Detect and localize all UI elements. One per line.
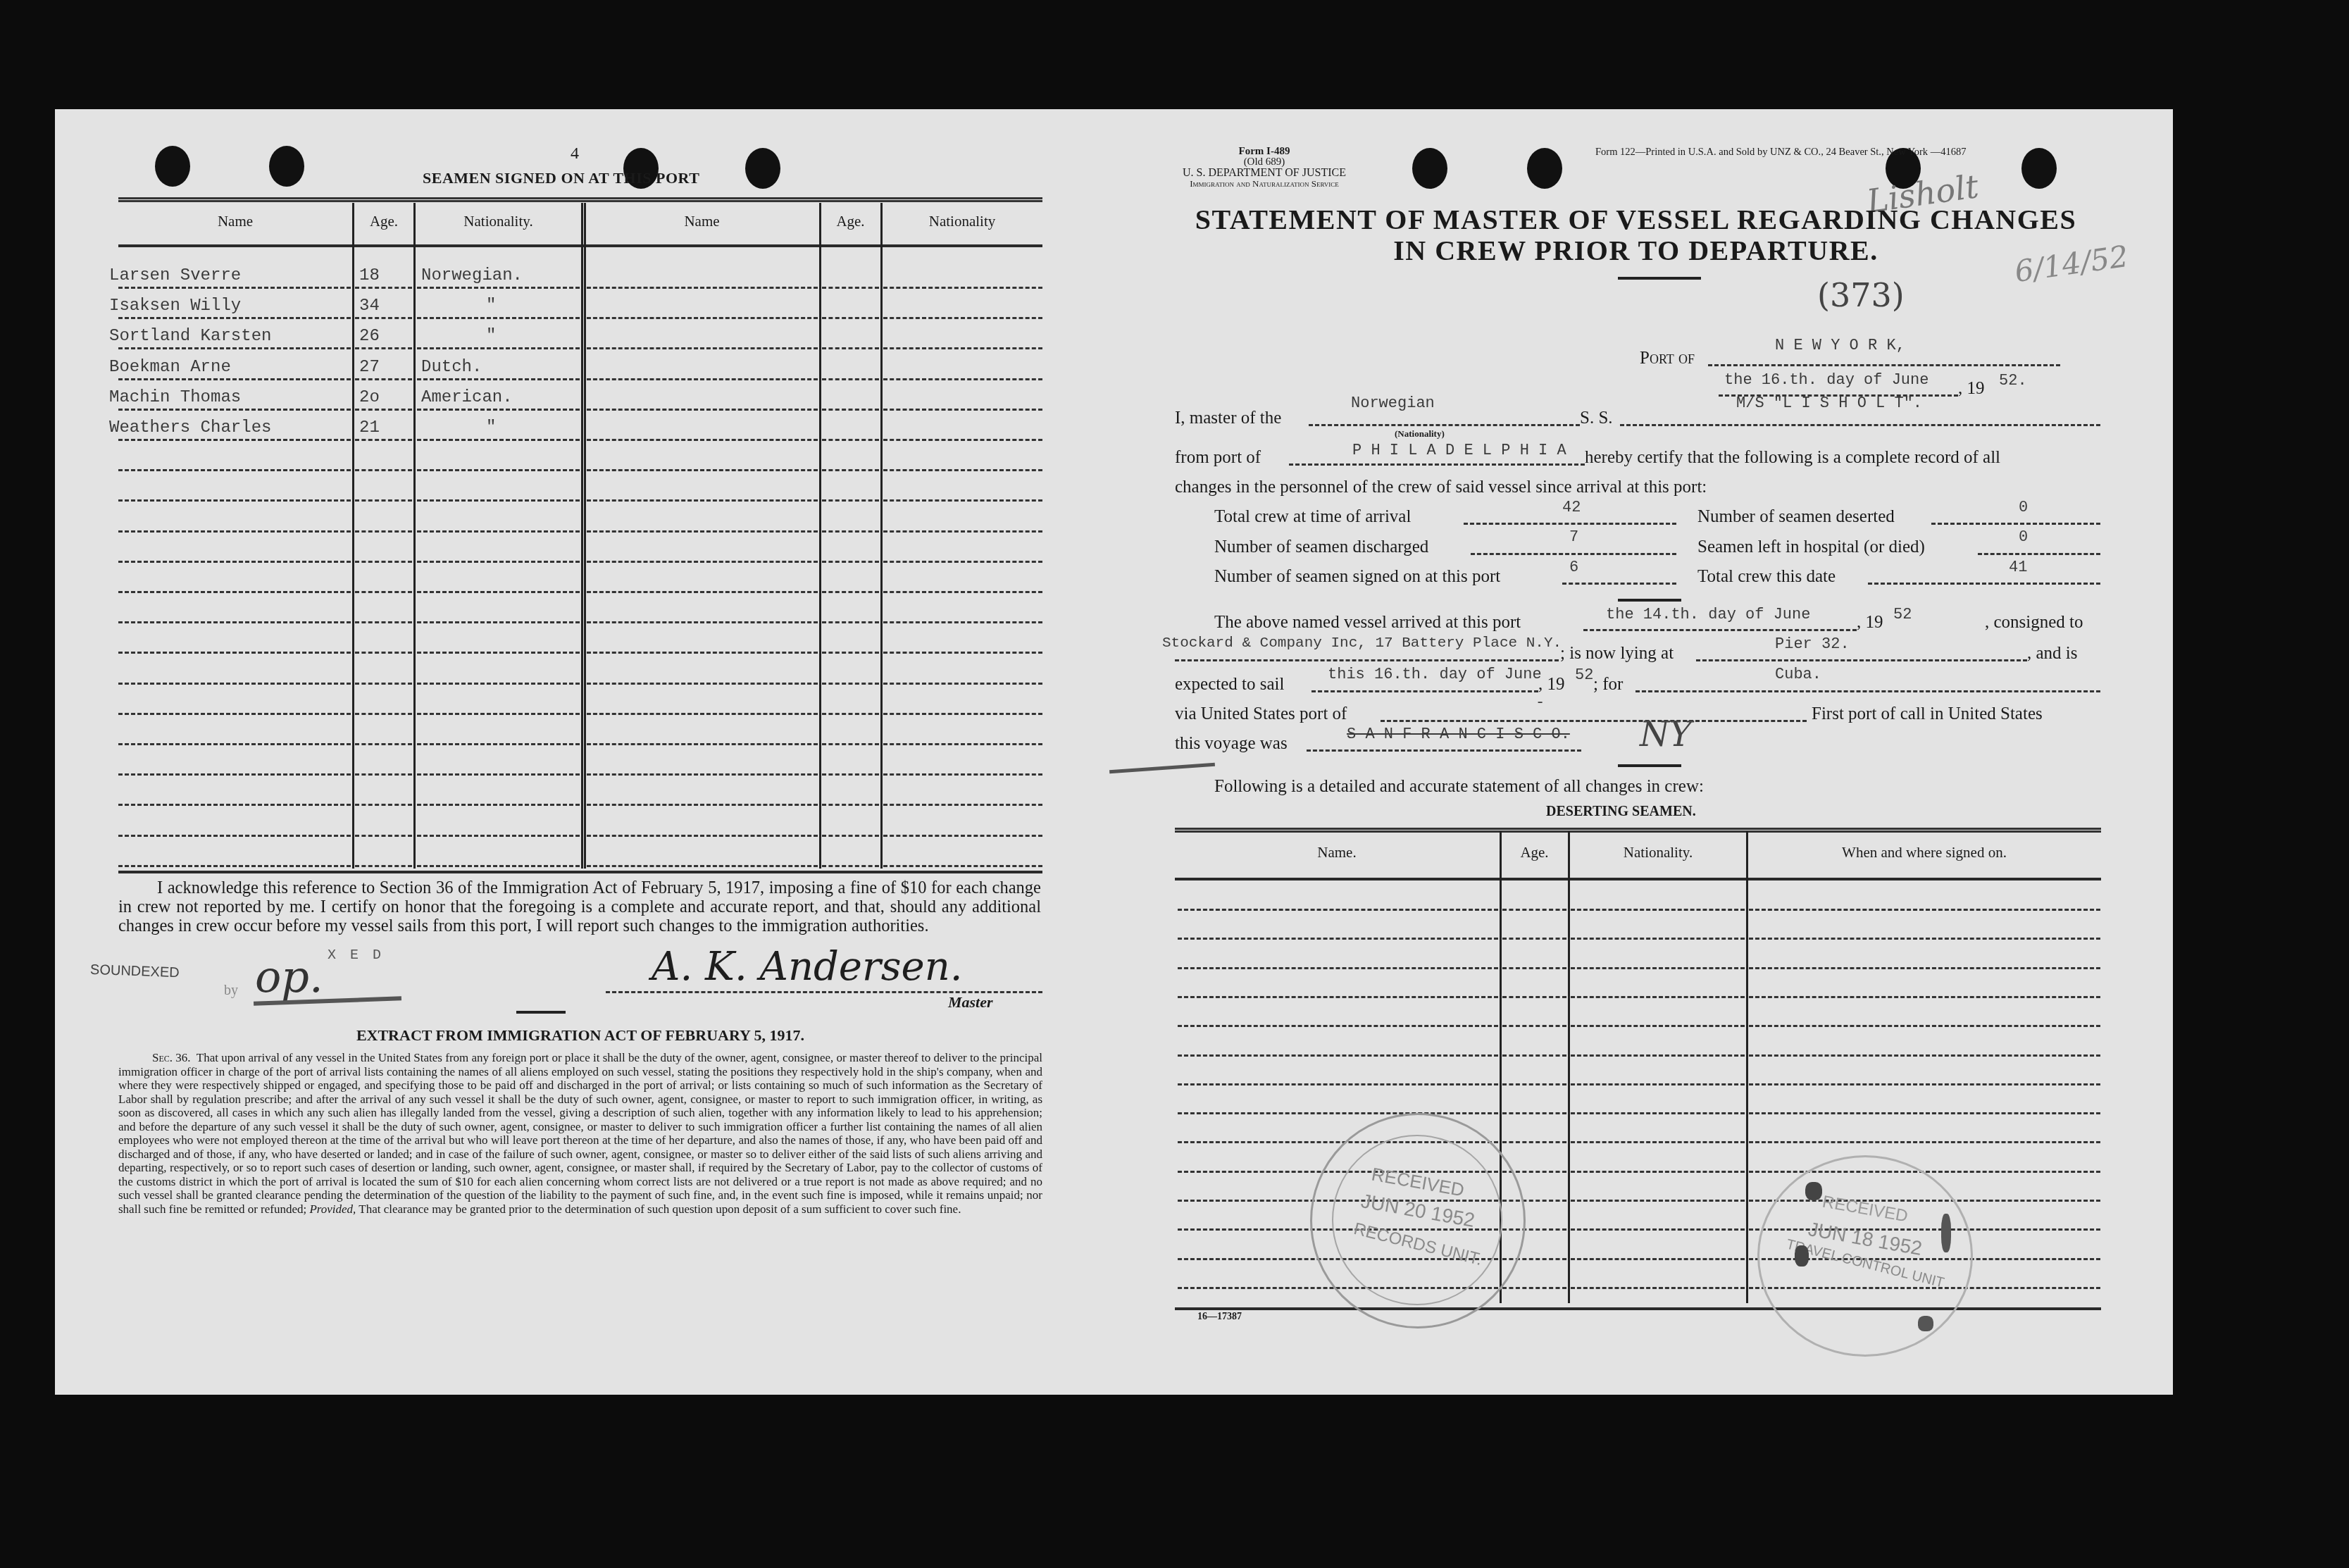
received-stamp-travel-control: RECEIVED JUN 18 1952 TRAVEL CONTROL UNIT	[1757, 1155, 1973, 1357]
row-line	[822, 439, 879, 441]
port-value: N E W Y O R K,	[1775, 337, 1905, 354]
row-line	[587, 469, 818, 471]
row-line	[587, 409, 818, 411]
row-line	[1571, 1083, 1745, 1085]
row-line	[1571, 1171, 1745, 1173]
row-line	[883, 591, 1042, 593]
row-line	[883, 713, 1042, 715]
nationality-caption: (Nationality)	[1395, 428, 1445, 440]
stat-label-discharged: Number of seamen discharged	[1214, 537, 1428, 557]
row-line	[417, 683, 580, 685]
row-line	[1571, 967, 1745, 969]
row-line	[587, 347, 818, 349]
row-line	[417, 439, 580, 441]
row-line	[1749, 938, 2100, 940]
row-line	[1502, 909, 1566, 911]
row-line	[355, 469, 412, 471]
stat-line	[1464, 523, 1676, 525]
indexer-initials: op.	[255, 951, 323, 1002]
row-line	[883, 439, 1042, 441]
stat-line	[1562, 583, 1676, 585]
row-line	[1502, 1054, 1566, 1057]
via-line	[1381, 720, 1807, 722]
row-line	[417, 561, 580, 563]
for-label: ; for	[1593, 675, 1623, 695]
row-line	[822, 287, 879, 289]
sail-year: 52	[1575, 666, 1593, 684]
row-line	[883, 378, 1042, 380]
year-prefix: , 19	[1958, 379, 1985, 399]
row-line	[118, 317, 351, 319]
row-line	[1571, 938, 1745, 940]
row-line	[1571, 1141, 1745, 1143]
lying-label: ; is now lying at	[1560, 644, 1674, 664]
row-line	[1178, 967, 1498, 969]
row-line	[118, 469, 351, 471]
row-line	[355, 378, 412, 380]
row-line	[1749, 996, 2100, 998]
row-line	[1571, 1054, 1745, 1057]
from-port-line	[1289, 463, 1585, 466]
row-line	[1178, 1054, 1498, 1057]
deserting-title: DESERTING SEAMEN.	[1546, 804, 1696, 820]
row-line	[1571, 996, 1745, 998]
row-line	[822, 773, 879, 776]
stat-label-total-date: Total crew this date	[1697, 567, 1836, 587]
row-line	[1749, 1112, 2100, 1114]
row-line	[1178, 1083, 1498, 1085]
stat-label-hospital: Seamen left in hospital (or died)	[1697, 537, 1925, 557]
header-bottom-rule	[118, 244, 1042, 247]
section-title: SEAMEN SIGNED ON AT THIS PORT	[423, 169, 699, 187]
row-line	[883, 804, 1042, 806]
voyage-value: S A N F R A N C I S C O.	[1347, 726, 1570, 743]
arrived-value: the 14.th. day of June	[1606, 606, 1810, 623]
row-line	[417, 804, 580, 806]
extract-title: EXTRACT FROM IMMIGRATION ACT OF FEBRUARY…	[118, 1026, 1042, 1045]
row-line	[355, 621, 412, 623]
cell-name: Isaksen Willy	[109, 297, 241, 316]
cell-age: 2o	[359, 388, 380, 407]
master-signature: A. K. Andersen.	[652, 944, 963, 990]
punch-hole	[155, 146, 190, 187]
cell-age: 34	[359, 297, 380, 316]
column-divider	[1746, 831, 1748, 1303]
row-line	[355, 652, 412, 654]
row-line	[355, 835, 412, 837]
row-line	[587, 439, 818, 441]
row-line	[883, 561, 1042, 563]
lying-value: Pier 32.	[1775, 635, 1850, 653]
stat-label-signed-on: Number of seamen signed on at this port	[1214, 567, 1500, 587]
row-line	[883, 621, 1042, 623]
row-line	[118, 804, 351, 806]
row-line	[883, 773, 1042, 776]
cell-name: Sortland Karsten	[109, 327, 271, 346]
sail-label: expected to sail	[1175, 675, 1285, 695]
sail-year-prefix: , 19	[1538, 675, 1565, 695]
row-line	[883, 287, 1042, 289]
first-port-label: First port of call in United States	[1812, 704, 2043, 724]
stat-line	[1978, 553, 2100, 555]
row-line	[118, 499, 351, 502]
row-line	[118, 378, 351, 380]
row-line	[587, 287, 818, 289]
row-line	[822, 621, 879, 623]
row-line	[417, 469, 580, 471]
row-line	[822, 378, 879, 380]
stat-value-hospital: 0	[2019, 528, 2028, 546]
row-line	[118, 561, 351, 563]
row-line	[883, 469, 1042, 471]
header-bottom-rule	[1175, 878, 2101, 881]
deserting-bottom-rule	[1175, 1307, 2101, 1310]
voyage-correction: NY	[1640, 715, 1692, 754]
row-line	[1749, 1083, 2100, 1085]
col-header-nationality-2: Nationality	[882, 213, 1042, 230]
row-line	[355, 773, 412, 776]
row-line	[1502, 1112, 1566, 1114]
voyage-line	[1307, 749, 1581, 752]
row-line	[355, 683, 412, 685]
row-line	[883, 499, 1042, 502]
column-divider	[413, 203, 416, 869]
row-line	[822, 683, 879, 685]
short-rule	[1618, 764, 1681, 767]
row-line	[1502, 1141, 1566, 1143]
row-line	[883, 409, 1042, 411]
row-line	[118, 652, 351, 654]
row-line	[1749, 909, 2100, 911]
row-line	[1571, 1200, 1745, 1202]
row-line	[417, 287, 580, 289]
row-line	[1502, 1287, 1566, 1289]
row-line	[118, 439, 351, 441]
row-line	[417, 378, 580, 380]
row-line	[883, 865, 1042, 867]
row-line	[118, 773, 351, 776]
row-line	[1749, 967, 2100, 969]
row-line	[587, 621, 818, 623]
col-header-when-where: When and where signed on.	[1748, 844, 2100, 861]
date-value: the 16.th. day of June	[1724, 371, 1929, 389]
punch-hole	[1412, 148, 1447, 189]
row-line	[355, 499, 412, 502]
for-line	[1635, 690, 2100, 692]
short-rule	[1618, 599, 1681, 602]
row-line	[417, 499, 580, 502]
column-divider	[584, 203, 586, 869]
row-line	[355, 409, 412, 411]
row-line	[883, 743, 1042, 745]
row-line	[417, 621, 580, 623]
row-line	[587, 865, 818, 867]
printer-line: Form 122—Printed in U.S.A. and Sold by U…	[1595, 147, 1966, 158]
consigned-label: , consigned to	[1985, 613, 2083, 633]
voyage-label: this voyage was	[1175, 734, 1288, 754]
following-text: Following is a detailed and accurate sta…	[1214, 777, 1704, 797]
row-line	[355, 743, 412, 745]
column-divider	[1568, 831, 1570, 1303]
table-bottom-rule	[118, 871, 1042, 873]
received-stamp-records-unit: RECEIVED JUN 20 1952 RECORDS UNIT.	[1310, 1113, 1526, 1329]
form-number: Form I-489 (Old 689) U. S. DEPARTMENT OF…	[1169, 147, 1359, 189]
row-line	[417, 773, 580, 776]
row-line	[822, 591, 879, 593]
col-header-name-2: Name	[585, 213, 819, 230]
deserting-top-rule	[1175, 828, 2101, 833]
arrived-line	[1583, 629, 1857, 631]
col-header-name: Name.	[1175, 844, 1499, 861]
row-line	[587, 499, 818, 502]
column-divider	[880, 203, 883, 869]
vessel-value: M/S "L I S H O L T".	[1736, 394, 1922, 412]
row-line	[355, 804, 412, 806]
row-line	[1571, 1287, 1745, 1289]
arrived-year-visible: 52	[1893, 606, 1912, 623]
cell-nationality: Dutch.	[421, 358, 482, 377]
row-line	[355, 530, 412, 533]
cell-nationality: "	[486, 327, 496, 346]
row-line	[355, 865, 412, 867]
cell-nationality: "	[486, 418, 496, 437]
soundexed-stamp: SOUNDEXED	[90, 962, 180, 981]
row-line	[1502, 996, 1566, 998]
row-line	[883, 652, 1042, 654]
cell-age: 27	[359, 358, 380, 377]
row-line	[1178, 1025, 1498, 1027]
year-value: 52.	[1999, 372, 2027, 390]
row-line	[417, 652, 580, 654]
stat-label-total-arrival: Total crew at time of arrival	[1214, 507, 1411, 527]
nationality-value: Norwegian	[1351, 394, 1435, 412]
row-line	[1178, 938, 1498, 940]
col-header-nationality: Nationality.	[416, 213, 581, 230]
stat-value-deserted: 0	[2019, 499, 2028, 516]
row-line	[118, 409, 351, 411]
punch-hole	[1527, 148, 1562, 189]
cell-name: Machin Thomas	[109, 388, 241, 407]
vessel-line	[1620, 424, 2100, 426]
row-line	[355, 317, 412, 319]
row-line	[822, 743, 879, 745]
from-port-value: P H I L A D E L P H I A	[1352, 442, 1566, 459]
column-divider	[352, 203, 354, 869]
cell-name: Boekman Arne	[109, 358, 231, 377]
row-line	[587, 835, 818, 837]
row-line	[355, 561, 412, 563]
row-line	[822, 409, 879, 411]
row-line	[822, 865, 879, 867]
row-line	[822, 347, 879, 349]
column-divider	[819, 203, 821, 869]
row-line	[118, 743, 351, 745]
for-value: Cuba.	[1775, 666, 1821, 683]
row-line	[822, 469, 879, 471]
cell-age: 26	[359, 327, 380, 346]
stat-line	[1868, 583, 2100, 585]
title-underline	[1618, 277, 1701, 280]
row-line	[587, 561, 818, 563]
row-line	[587, 378, 818, 380]
via-label: via United States port of	[1175, 704, 1347, 724]
signature-role: Master	[948, 993, 993, 1012]
stat-value-signed-on: 6	[1569, 559, 1578, 576]
row-line	[883, 835, 1042, 837]
stat-line	[1471, 553, 1676, 555]
row-line	[587, 591, 818, 593]
certify-text: hereby certify that the following is a c…	[1585, 448, 2000, 468]
cell-age: 18	[359, 266, 380, 285]
row-line	[822, 835, 879, 837]
stat-value-total-arrival: 42	[1562, 499, 1581, 516]
port-label: Port of	[1640, 349, 1695, 368]
row-line	[417, 743, 580, 745]
stat-label-deserted: Number of seamen deserted	[1697, 507, 1895, 527]
ss-label: S. S.	[1580, 409, 1613, 428]
row-line	[355, 347, 412, 349]
row-line	[118, 621, 351, 623]
port-line	[1708, 364, 2060, 366]
extract-lead: Sec. 36.	[152, 1051, 191, 1064]
row-line	[1571, 1112, 1745, 1114]
cell-nationality: "	[486, 297, 496, 316]
consignee-value: Stockard & Company Inc, 17 Battery Place…	[1162, 635, 1562, 652]
sail-line	[1311, 690, 1538, 692]
row-line	[118, 835, 351, 837]
row-line	[417, 865, 580, 867]
sail-value: this 16.th. day of June	[1328, 666, 1542, 683]
stat-value-total-date: 41	[2009, 559, 2027, 576]
row-line	[417, 713, 580, 715]
arrived-year-prefix: , 19	[1857, 613, 1883, 633]
footer-code: 16—17387	[1197, 1312, 1242, 1323]
row-line	[587, 530, 818, 533]
row-line	[587, 743, 818, 745]
row-line	[883, 683, 1042, 685]
row-line	[417, 591, 580, 593]
row-line	[883, 530, 1042, 533]
row-line	[118, 347, 351, 349]
col-header-age-2: Age.	[821, 213, 880, 230]
row-line	[1571, 1258, 1745, 1260]
row-line	[587, 773, 818, 776]
nationality-line	[1309, 424, 1580, 426]
row-line	[118, 530, 351, 533]
row-line	[1749, 1054, 2100, 1057]
row-line	[587, 683, 818, 685]
via-value: -	[1535, 694, 1545, 711]
row-line	[118, 683, 351, 685]
page-number: 4	[571, 144, 579, 163]
stat-line	[1931, 523, 2100, 525]
row-line	[1178, 909, 1498, 911]
row-line	[118, 713, 351, 715]
and-is-label: , and is	[2027, 644, 2078, 664]
changes-text: changes in the personnel of the crew of …	[1175, 478, 1707, 497]
row-line	[355, 287, 412, 289]
acknowledgement-text: I acknowledge this reference to Section …	[118, 878, 1041, 935]
short-rule	[516, 1011, 566, 1014]
row-line	[355, 713, 412, 715]
row-line	[883, 347, 1042, 349]
cell-nationality: Norwegian.	[421, 266, 523, 285]
row-line	[822, 713, 879, 715]
row-line	[587, 317, 818, 319]
col-header-name: Name	[118, 213, 352, 230]
handwritten-number: (373)	[1817, 276, 1905, 314]
row-line	[1502, 967, 1566, 969]
row-line	[587, 652, 818, 654]
punch-hole	[745, 148, 780, 189]
row-line	[587, 804, 818, 806]
cell-name: Weathers Charles	[109, 418, 271, 437]
row-line	[118, 591, 351, 593]
master-label: I, master of the	[1175, 409, 1281, 428]
col-header-age: Age.	[354, 213, 414, 230]
lying-line	[1696, 659, 2027, 661]
row-line	[822, 652, 879, 654]
row-line	[118, 865, 351, 867]
row-line	[417, 317, 580, 319]
column-divider	[581, 203, 583, 869]
row-line	[355, 591, 412, 593]
row-line	[822, 317, 879, 319]
row-line	[417, 530, 580, 533]
row-line	[822, 561, 879, 563]
table-top-rule	[118, 197, 1042, 202]
row-line	[822, 804, 879, 806]
row-line	[1502, 1083, 1566, 1085]
row-line	[417, 409, 580, 411]
row-line	[822, 499, 879, 502]
cell-age: 21	[359, 418, 380, 437]
stat-value-discharged: 7	[1569, 528, 1578, 546]
col-header-nationality: Nationality.	[1570, 844, 1746, 861]
by-label: by	[224, 983, 238, 999]
arrived-label: The above named vessel arrived at this p…	[1214, 613, 1521, 633]
cell-nationality: American.	[421, 388, 513, 407]
row-line	[1571, 1025, 1745, 1027]
row-line	[355, 439, 412, 441]
row-line	[1749, 1025, 2100, 1027]
row-line	[417, 835, 580, 837]
row-line	[1571, 909, 1745, 911]
row-line	[1571, 1228, 1745, 1231]
row-line	[1749, 1141, 2100, 1143]
form-title: STATEMENT OF MASTER OF VESSEL REGARDING …	[1169, 204, 2102, 266]
punch-hole	[269, 146, 304, 187]
row-line	[417, 347, 580, 349]
row-line	[118, 287, 351, 289]
punch-hole	[2021, 148, 2057, 189]
consignee-line	[1175, 659, 1559, 661]
extract-text: Sec. 36. That upon arrival of any vessel…	[118, 1051, 1042, 1216]
row-line	[587, 713, 818, 715]
row-line	[883, 317, 1042, 319]
cell-name: Larsen Sverre	[109, 266, 241, 285]
row-line	[822, 530, 879, 533]
row-line	[1502, 1025, 1566, 1027]
indexed-stamp: X E D	[328, 947, 384, 964]
row-line	[1178, 996, 1498, 998]
row-line	[1502, 938, 1566, 940]
col-header-age: Age.	[1501, 844, 1568, 861]
row-line	[1178, 1112, 1498, 1114]
from-port-label: from port of	[1175, 448, 1261, 468]
